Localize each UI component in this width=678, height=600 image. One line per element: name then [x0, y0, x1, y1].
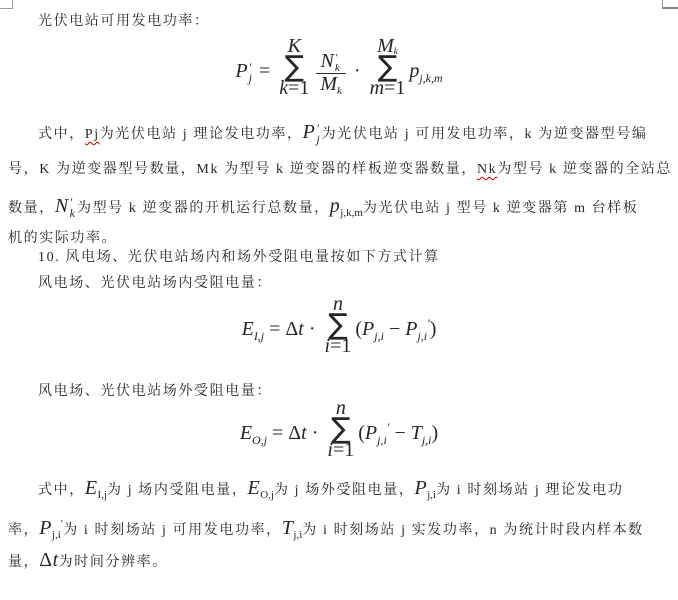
text-run: 为 i 时刻场站 j 实发功率，n 为统计时段内样本数: [302, 523, 643, 538]
math-variable: M: [320, 73, 337, 95]
math-subscript: k: [70, 208, 75, 219]
text-run: 式中，: [38, 127, 85, 142]
math-variable: E: [240, 422, 252, 444]
math-variable: T: [282, 517, 294, 539]
math-variable: p: [330, 195, 341, 217]
summation: Mk∑m=1: [370, 40, 406, 94]
math-variable: P: [405, 318, 417, 340]
document-page[interactable]: 光伏电站可用发电功率： P′j = K∑k=1N′kMk · Mk∑m=1pj,…: [0, 0, 678, 600]
inner-blocked-energy-label: 风电场、光伏电站场内受阻电量：: [38, 266, 272, 302]
math-operator: ·: [304, 318, 321, 340]
text-run: 为 i 时刻场站 j 理论发电功: [436, 483, 623, 498]
math-operator: =: [254, 60, 275, 82]
math-sup-sub-stack: ′k: [70, 197, 75, 219]
math-variable: E: [242, 318, 254, 340]
math-variable: E: [248, 477, 261, 499]
math-subscript: k: [335, 63, 340, 73]
math-operator: =1: [333, 439, 354, 461]
formula-body: EI,j = Δt · n∑i=1(Pj,i − Pj,i′): [242, 298, 437, 352]
text-run: 量，: [8, 555, 39, 570]
math-subscript: O,j: [260, 489, 274, 501]
summation-lower-limit: i=1: [325, 340, 352, 352]
math-variable: P: [39, 517, 52, 539]
math-subscript: j,k,m: [340, 207, 363, 219]
math-variable: k: [279, 77, 288, 99]
formula-body: EO,j = Δt · n∑i=1(Pj,i′ − Tj,i): [240, 402, 438, 456]
math-variable: T: [411, 422, 422, 444]
math-variable: N: [321, 50, 334, 72]
crop-mark-top-right-icon: [662, 0, 678, 9]
math-operator: =1: [288, 77, 309, 99]
para-definitions-1-line-1: 式中，Pj为光伏电站 j 理论发电功率，P′j为光伏电站 j 可用发电功率，k …: [38, 114, 647, 150]
math-operator: = Δ: [264, 318, 298, 340]
summation-lower-limit: i=1: [327, 444, 354, 456]
math-subscript: j,i: [293, 529, 302, 541]
summation: n∑i=1: [325, 298, 352, 352]
text-run: 风电场、光伏电站场外受阻电量：: [38, 384, 272, 399]
math-subscript: j,i: [377, 433, 387, 447]
math-operator: ·: [349, 60, 366, 82]
math-operator: =1: [330, 335, 351, 357]
math-operator: ): [432, 422, 439, 444]
math-subscript: j,i: [417, 329, 427, 343]
math-variable: P: [365, 422, 377, 444]
text-run: 为 j 场外受阻电量，: [274, 483, 415, 498]
math-operator: =1: [384, 77, 405, 99]
math-subscript: O,j: [252, 433, 267, 447]
fraction-denominator: Mk: [316, 74, 346, 102]
math-operator: (: [358, 422, 365, 444]
text-run: 为 i 时刻场站 j 可用发电功率，: [63, 523, 282, 538]
text-run: 10. 风电场、光伏电站场内和场外受阻电量按如下方式计算: [38, 250, 440, 265]
math-variable: p: [409, 60, 419, 82]
para-definitions-2-line-1: 式中，EI,j为 j 场内受阻电量，EO,j为 j 场外受阻电量，Pj,i为 i…: [38, 470, 623, 506]
summation-lower-limit: k=1: [279, 82, 309, 94]
formula-inner-blocked-energy: EI,j = Δt · n∑i=1(Pj,i − Pj,i′): [0, 298, 678, 352]
pv-available-power-label: 光伏电站可用发电功率：: [38, 4, 210, 40]
math-operator: Δ: [39, 549, 52, 571]
math-operator: ): [430, 318, 437, 340]
para-definitions-2-line-2: 率，Pj,i′为 i 时刻场站 j 可用发电功率，Tj,i为 i 时刻场站 j …: [8, 506, 644, 542]
crop-mark-top-left-icon: [0, 0, 13, 9]
math-operator: ·: [307, 422, 324, 444]
summation: K∑k=1: [279, 40, 309, 94]
formula-outer-blocked-energy: EO,j = Δt · n∑i=1(Pj,i′ − Tj,i): [0, 402, 678, 456]
math-sup-sub-stack: ′k: [335, 53, 340, 73]
math-variable: E: [85, 477, 98, 499]
text-run: 式中，: [38, 483, 85, 498]
text-run: 为型号 k 逆变器的开机运行总数量，: [77, 201, 330, 216]
math-variable: P: [235, 60, 247, 82]
formula-body: P′j = K∑k=1N′kMk · Mk∑m=1pj,k,m: [235, 40, 442, 102]
para-definitions-1-line-3: 数量，N′k为型号 k 逆变器的开机运行总数量，pj,k,m为光伏电站 j 型号…: [8, 188, 639, 224]
summation-lower-limit: m=1: [370, 82, 406, 94]
para-definitions-2-line-3: 量，Δt为时间分辨率。: [8, 542, 168, 578]
text-run: 率，: [8, 523, 39, 538]
math-sup-sub-stack: ′j: [316, 123, 319, 145]
math-subscript: j: [316, 134, 319, 145]
text-run: 为光伏电站 j 理论发电功率，: [100, 127, 303, 142]
math-operator: −: [384, 318, 405, 340]
math-subscript: I,j: [254, 329, 264, 343]
math-variable: N: [55, 195, 69, 217]
math-subscript: k: [337, 85, 342, 97]
math-subscript: j,i: [422, 433, 432, 447]
math-operator: = Δ: [267, 422, 301, 444]
misspelled-text-run: Pj: [85, 127, 100, 142]
misspelled-text-run: Nk: [477, 162, 497, 177]
text-run: 为光伏电站 j 型号 k 逆变器第 m 台样板: [363, 201, 639, 216]
math-subscript: j,k,m: [419, 71, 442, 85]
formula-pv-available-power: P′j = K∑k=1N′kMk · Mk∑m=1pj,k,m: [0, 40, 678, 102]
math-operator: −: [389, 422, 410, 444]
math-sup-sub-stack: ′j: [249, 62, 252, 84]
fraction: N′kMk: [316, 51, 346, 102]
para-definitions-1-line-2: 号，K 为逆变器型号数量，Mk 为型号 k 逆变器的样板逆变器数量，Nk为型号 …: [8, 152, 672, 188]
text-run: 数量，: [8, 201, 55, 216]
math-subscript: j: [249, 73, 252, 84]
text-run: 为型号 k 逆变器的全站总: [497, 162, 672, 177]
text-run: 为 j 场内受阻电量，: [107, 483, 248, 498]
summation: n∑i=1: [327, 402, 354, 456]
text-run: 风电场、光伏电站场内受阻电量：: [38, 276, 272, 291]
text-run: 为光伏电站 j 可用发电功率，k 为逆变器型号编: [322, 127, 648, 142]
math-subscript: I,j: [98, 489, 107, 501]
fraction-numerator: N′k: [316, 51, 346, 74]
math-variable: P: [362, 318, 374, 340]
text-run: 为时间分辨率。: [59, 555, 168, 570]
text-run: 光伏电站可用发电功率：: [38, 14, 210, 29]
math-subscript: j,i: [374, 329, 384, 343]
math-variable: P: [414, 477, 427, 499]
math-variable: m: [370, 77, 384, 99]
math-subscript: j,i: [427, 489, 436, 501]
math-variable: P: [303, 121, 316, 143]
text-run: 号，K 为逆变器型号数量，Mk 为型号 k 逆变器的样板逆变器数量，: [8, 162, 477, 177]
math-subscript: j,i: [52, 529, 61, 541]
